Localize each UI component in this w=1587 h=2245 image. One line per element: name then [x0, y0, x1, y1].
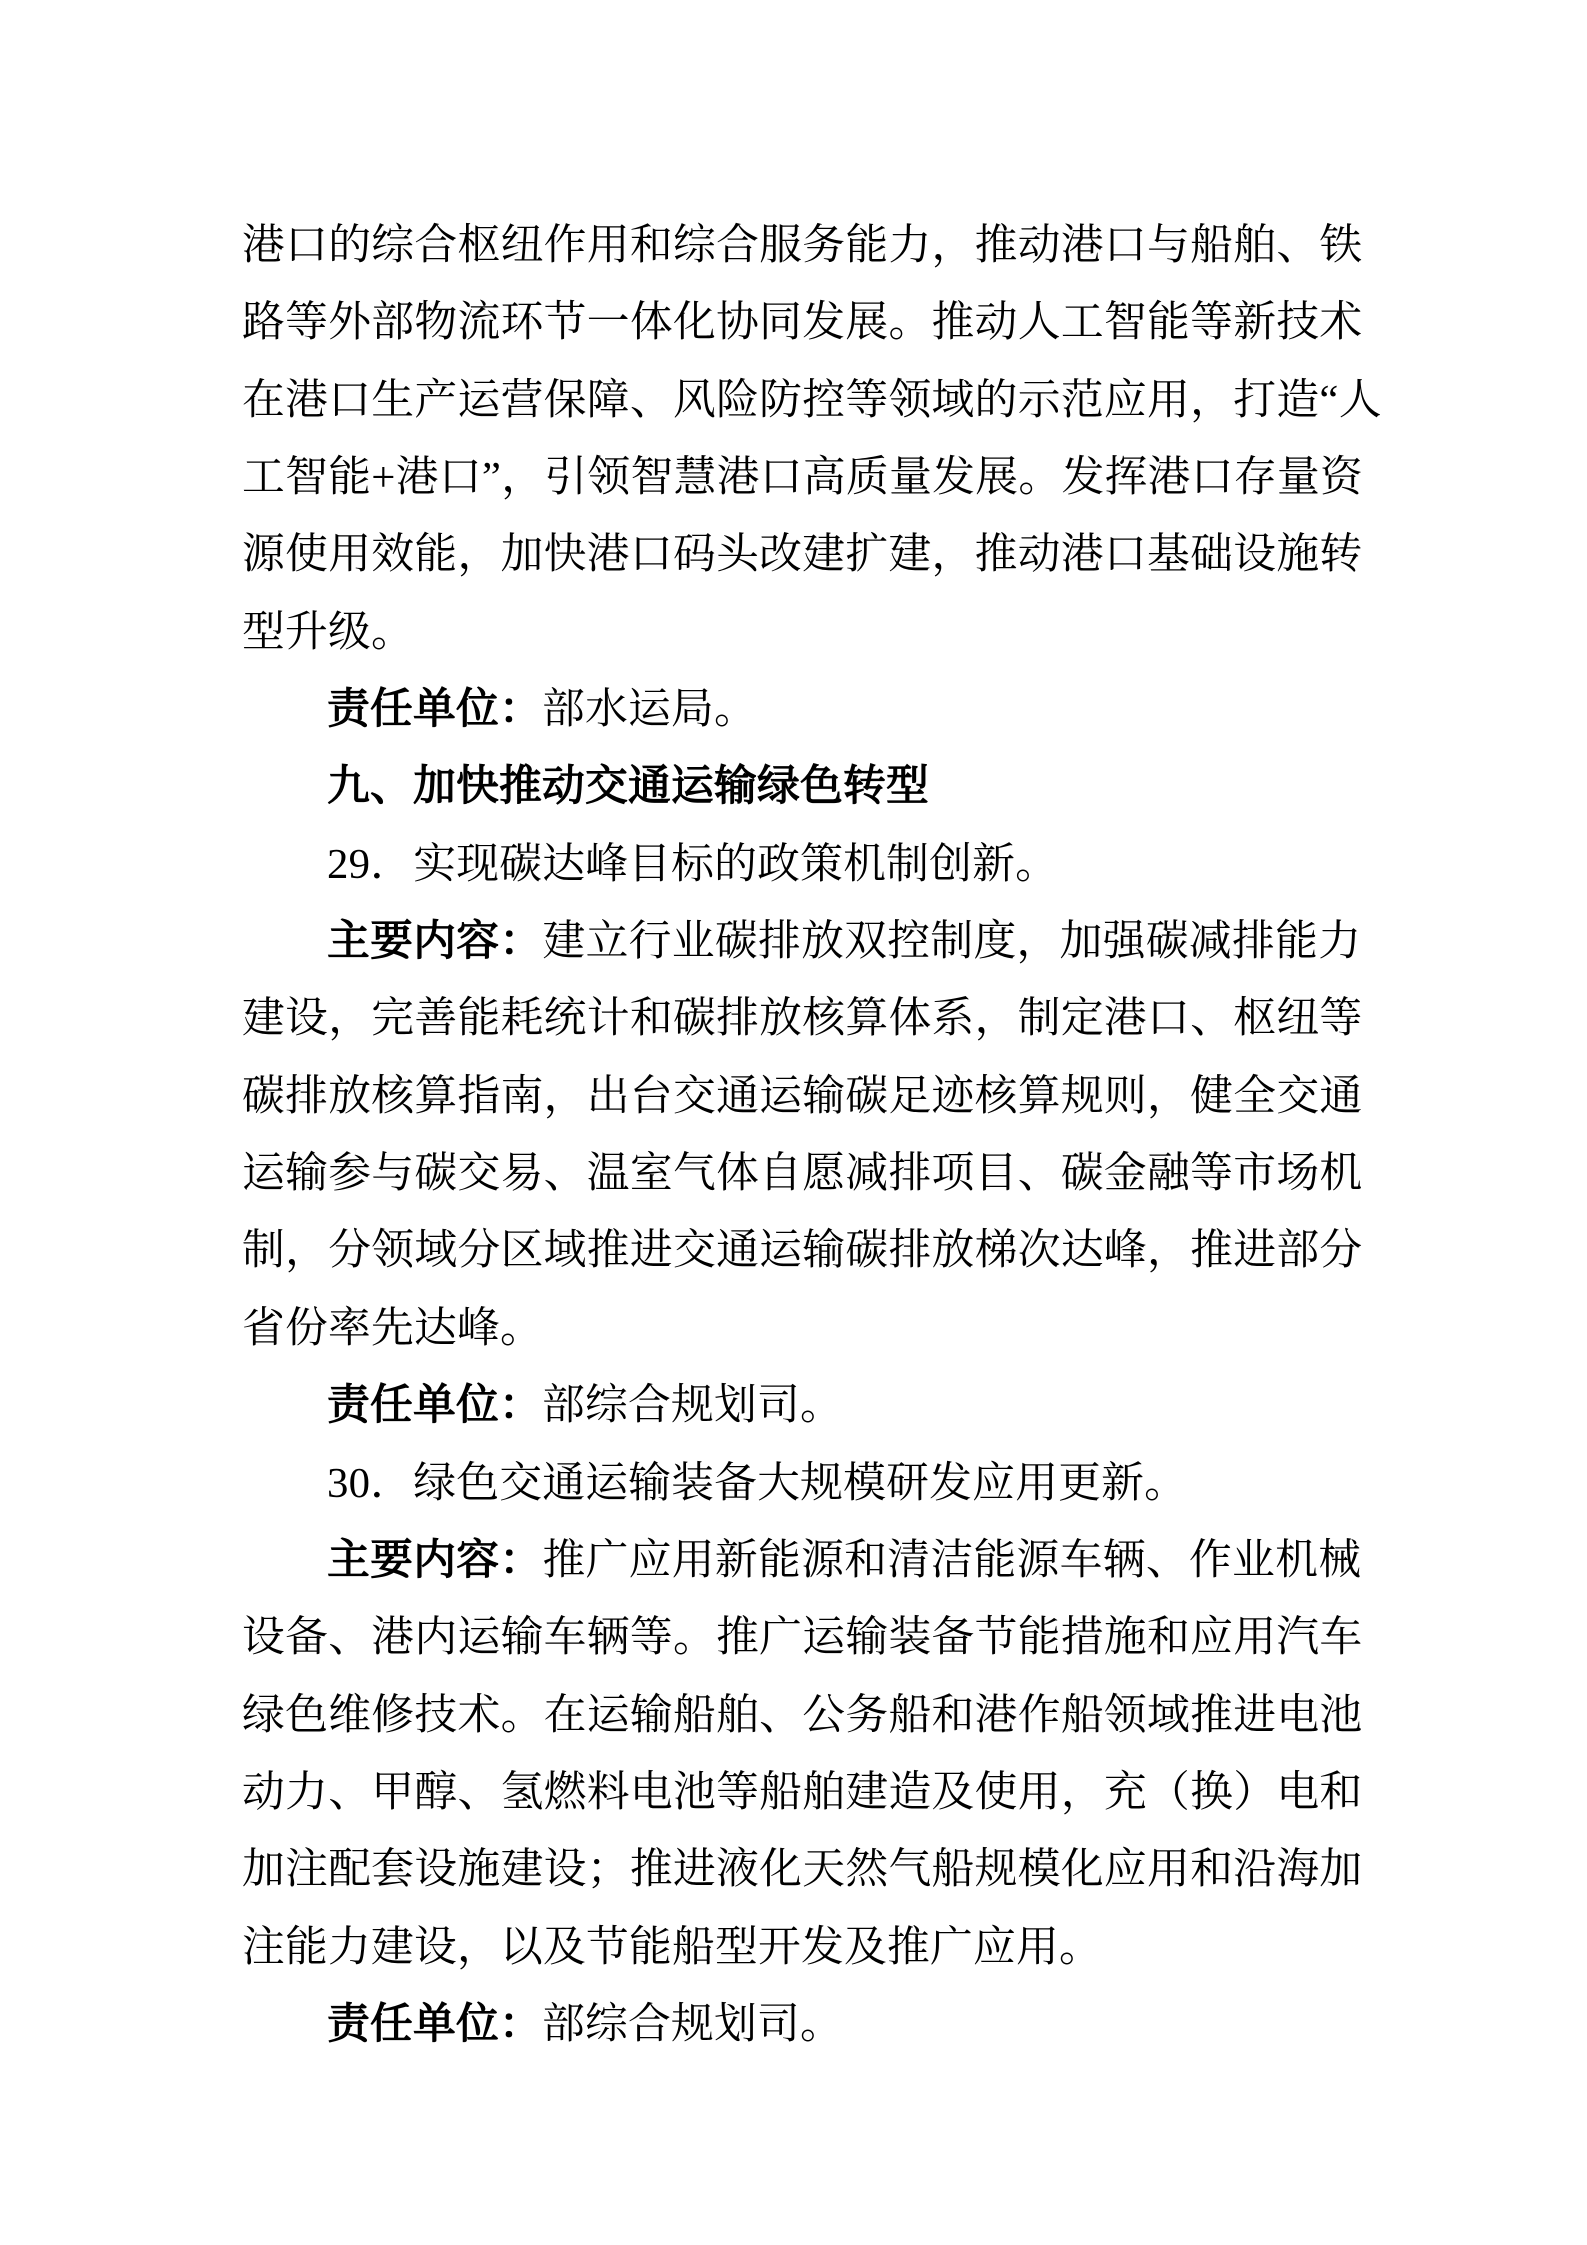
section-heading: 九、加快推动交通运输绿色转型 [242, 748, 1357, 825]
body-text-line: 注能力建设，以及节能船型开发及推广应用。 [242, 1909, 1357, 1986]
responsible-unit-value: 部综合规划司。 [542, 1382, 843, 1429]
body-text-line: 港口的综合枢纽作用和综合服务能力，推动港口与船舶、铁 [242, 207, 1357, 284]
body-text-line: 设备、港内运输车辆等。推广运输装备节能措施和应用汽车 [242, 1599, 1357, 1676]
body-text-line: 动力、甲醇、氢燃料电池等船舶建造及使用，充（换）电和 [242, 1754, 1357, 1831]
body-text-line: 路等外部物流环节一体化协同发展。推动人工智能等新技术 [242, 284, 1357, 361]
item-title-line: 29．实现碳达峰目标的政策机制创新。 [242, 826, 1357, 903]
main-content-text: 推广应用新能源和清洁能源车辆、作业机械 [542, 1537, 1361, 1584]
body-text-line: 在港口生产运营保障、风险防控等领域的示范应用，打造“人 [242, 362, 1357, 439]
body-text-line: 碳排放核算指南，出台交通运输碳足迹核算规则，健全交通 [242, 1058, 1357, 1135]
responsible-unit-label: 责任单位： [327, 1381, 542, 1429]
body-text-line: 绿色维修技术。在运输船舶、公务船和港作船领域推进电池 [242, 1677, 1357, 1754]
item-title-text: 绿色交通运输装备大规模研发应用更新。 [413, 1460, 1187, 1507]
responsible-unit-label: 责任单位： [327, 2000, 542, 2048]
responsible-unit-line: 责任单位：部综合规划司。 [242, 1367, 1357, 1444]
body-text-line: 省份率先达峰。 [242, 1290, 1357, 1367]
main-content-label: 主要内容： [327, 1536, 542, 1584]
responsible-unit-line: 责任单位：部综合规划司。 [242, 1986, 1357, 2063]
responsible-unit-line: 责任单位：部水运局。 [242, 671, 1357, 748]
responsible-unit-value: 部水运局。 [542, 686, 757, 733]
body-text-line: 运输参与碳交易、温室气体自愿减排项目、碳金融等市场机 [242, 1135, 1357, 1212]
body-text-line: 源使用效能，加快港口码头改建扩建，推动港口基础设施转 [242, 516, 1357, 593]
body-text-line: 建设，完善能耗统计和碳排放核算体系，制定港口、枢纽等 [242, 980, 1357, 1057]
responsible-unit-label: 责任单位： [327, 685, 542, 733]
document-page: 港口的综合枢纽作用和综合服务能力，推动港口与船舶、铁 路等外部物流环节一体化协同… [0, 0, 1587, 2245]
body-text-line: 制，分领域分区域推进交通运输碳排放梯次达峰，推进部分 [242, 1212, 1357, 1289]
responsible-unit-value: 部综合规划司。 [542, 2001, 843, 2048]
body-text-line: 加注配套设施建设；推进液化天然气船规模化应用和沿海加 [242, 1831, 1357, 1908]
item-title-text: 实现碳达峰目标的政策机制创新。 [413, 841, 1058, 888]
main-content-label: 主要内容： [327, 917, 542, 965]
main-content-line: 主要内容：建立行业碳排放双控制度，加强碳减排能力 [242, 903, 1357, 980]
body-text-line: 型升级。 [242, 594, 1357, 671]
main-content-text: 建立行业碳排放双控制度，加强碳减排能力 [542, 918, 1361, 965]
main-content-line: 主要内容：推广应用新能源和清洁能源车辆、作业机械 [242, 1522, 1357, 1599]
item-number: 30． [327, 1460, 413, 1507]
document-body: 港口的综合枢纽作用和综合服务能力，推动港口与船舶、铁 路等外部物流环节一体化协同… [0, 0, 1587, 2063]
item-title-line: 30．绿色交通运输装备大规模研发应用更新。 [242, 1445, 1357, 1522]
item-number: 29． [327, 841, 413, 888]
body-text-line: 工智能+港口”，引领智慧港口高质量发展。发挥港口存量资 [242, 439, 1357, 516]
